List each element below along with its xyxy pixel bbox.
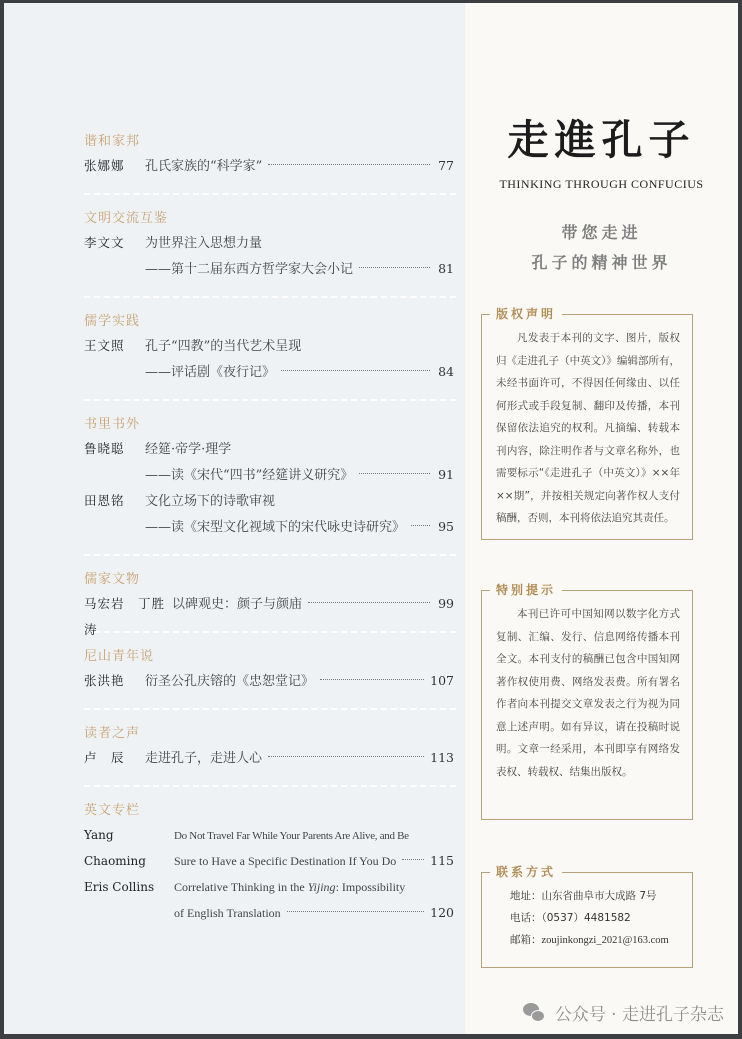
title-italic-part: Yijing [308,880,336,894]
article-title: Do Not Travel Far While Your Parents Are… [174,823,409,849]
section-title: 尼山青年说 [84,646,454,668]
phone-value: （0537）4481582 [542,912,631,924]
author: Eris Collins [84,874,174,900]
page-number: 115 [430,848,454,874]
table-of-contents-panel: 谐和家邦 张娜娜 孔氏家族的“科学家” 77 文明交流互鉴 李文文 为世界注入思… [4,3,465,1034]
toc-entry[interactable]: Yang Chaoming Do Not Travel Far While Yo… [84,822,454,848]
toc-section: 读者之声 卢 辰 走进孔子，走进人心 113 [84,723,454,771]
author: 鲁晓聪 [84,436,145,462]
toc-section: 儒学实践 王文照 孔子“四教”的当代艺术呈现 ——评话剧《夜行记》 84 [84,311,454,385]
toc-section: 英文专栏 Yang Chaoming Do Not Travel Far Whi… [84,800,454,926]
wechat-icon [523,1003,547,1023]
toc-entry-subtitle[interactable]: ——第十二届东西方哲学家大会小记 81 [84,256,454,282]
leader-dots [359,267,430,268]
page-number: 120 [430,900,454,926]
page-number: 113 [430,745,454,771]
toc-entry[interactable]: 卢 辰 走进孔子，走进人心 113 [84,745,454,771]
page-number: 84 [436,359,454,385]
article-title: 文化立场下的诗歌审视 [145,489,275,515]
article-title: 走进孔子，走进人心 [145,746,262,772]
article-title: 孔子“四教”的当代艺术呈现 [145,334,301,360]
table-of-contents: 谐和家邦 张娜娜 孔氏家族的“科学家” 77 文明交流互鉴 李文文 为世界注入思… [84,131,454,926]
toc-entry[interactable]: 王文照 孔子“四教”的当代艺术呈现 [84,333,454,359]
box-label: 联系方式 [490,863,562,880]
author: 田恩铭 [84,488,145,514]
title-part: Correlative Thinking in the [174,880,308,894]
phone-row: 电话：（0537）4481582 [496,907,680,929]
author: 王文照 [84,333,145,359]
page-number: 95 [436,514,454,540]
section-divider [84,708,456,710]
section-title: 英文专栏 [84,800,454,822]
section-title: 书里书外 [84,414,454,436]
article-title: 孔氏家族的“科学家” [145,154,262,180]
leader-dots [359,473,430,474]
page-number: 81 [436,256,454,282]
article-subtitle: ——读《宋代“四书”经筵讲义研究》 [145,463,353,489]
section-divider [84,296,456,298]
author: Yang Chaoming [84,822,174,874]
title-part: : Impossibility [336,880,406,894]
author: 张洪艳 [84,668,145,694]
author: 李文文 [84,230,145,256]
section-divider [84,193,456,195]
section-divider [84,785,456,787]
toc-section: 儒家文物 马宏岩 丁胜涛 以碑观史：颜子与颜庙 99 [84,569,454,617]
section-title: 读者之声 [84,723,454,745]
address-label: 地址： [510,890,542,902]
article-subtitle: ——读《宋型文化视域下的宋代咏史诗研究》 [145,515,405,541]
article-title: 经筵·帝学·理学 [145,437,231,463]
section-title: 儒学实践 [84,311,454,333]
page-number: 107 [430,668,454,694]
toc-entry-subtitle[interactable]: ——读《宋代“四书”经筵讲义研究》 91 [84,462,454,488]
watermark-text: 公众号 · 走进孔子杂志 [555,1000,724,1025]
section-title: 文明交流互鉴 [84,208,454,230]
author: 马宏岩 丁胜涛 [84,591,172,643]
address-value: 山东省曲阜市大成路 7号 [542,890,657,902]
article-title: 衍圣公孔庆镕的《忠恕堂记》 [145,669,314,695]
page-number: 91 [436,462,454,488]
article-subtitle: ——第十二届东西方哲学家大会小记 [145,257,353,283]
phone-label: 电话： [510,912,542,924]
special-notice-box: 特别提示 本刊已许可中国知网以数字化方式复制、汇编、发行、信息网络传播本刊全文。… [481,590,693,820]
toc-entry-subtitle[interactable]: of English Translation 120 [84,900,454,926]
toc-entry[interactable]: Eris Collins Correlative Thinking in the… [84,874,454,900]
email-label: 邮箱： [510,934,542,946]
section-title: 谐和家邦 [84,131,454,153]
toc-entry[interactable]: 马宏岩 丁胜涛 以碑观史：颜子与颜庙 99 [84,591,454,617]
section-divider [84,399,456,401]
toc-section: 尼山青年说 张洪艳 衍圣公孔庆镕的《忠恕堂记》 107 [84,646,454,694]
article-subtitle: of English Translation [174,900,281,926]
leader-dots [281,370,430,371]
toc-entry-subtitle[interactable]: ——读《宋型文化视域下的宋代咏史诗研究》 95 [84,514,454,540]
box-label: 版权声明 [490,305,562,322]
page-number: 77 [436,153,454,179]
section-title: 儒家文物 [84,569,454,591]
slogan: 带您走进 孔子的精神世界 [465,218,738,278]
toc-entry[interactable]: 张洪艳 衍圣公孔庆镕的《忠恕堂记》 107 [84,668,454,694]
magazine-english-title: THINKING THROUGH CONFUCIUS [465,177,738,192]
leader-dots [320,679,424,680]
leader-dots [268,756,424,757]
toc-section: 谐和家邦 张娜娜 孔氏家族的“科学家” 77 [84,131,454,179]
slogan-line: 带您走进 [465,218,738,248]
leader-dots [308,602,430,603]
author: 卢 辰 [84,745,145,771]
toc-section: 文明交流互鉴 李文文 为世界注入思想力量 ——第十二届东西方哲学家大会小记 81 [84,208,454,282]
article-title: 以碑观史：颜子与颜庙 [172,592,302,618]
author: 张娜娜 [84,153,145,179]
page-number: 99 [436,591,454,617]
box-label: 特别提示 [490,581,562,598]
toc-section: 书里书外 鲁晓聪 经筵·帝学·理学 ——读《宋代“四书”经筵讲义研究》 91 田… [84,414,454,540]
article-title: Correlative Thinking in the Yijing: Impo… [174,874,405,900]
magazine-logo: 走進孔子 [465,115,738,165]
article-subtitle: Sure to Have a Specific Destination If Y… [174,848,396,874]
article-subtitle: ——评话剧《夜行记》 [145,360,275,386]
email-value[interactable]: zoujinkongzi_2021@163.com [542,935,669,946]
notice-text: 本刊已许可中国知网以数字化方式复制、汇编、发行、信息网络传播本刊全文。本刊支付的… [496,603,680,783]
address-row: 地址：山东省曲阜市大成路 7号 [496,885,680,907]
email-row: 邮箱：zoujinkongzi_2021@163.com [496,929,680,952]
section-divider [84,554,456,556]
toc-entry[interactable]: 鲁晓聪 经筵·帝学·理学 [84,436,454,462]
toc-entry[interactable]: 田恩铭 文化立场下的诗歌审视 [84,488,454,514]
toc-entry[interactable]: 张娜娜 孔氏家族的“科学家” 77 [84,153,454,179]
slogan-line: 孔子的精神世界 [465,248,738,278]
wechat-watermark: 公众号 · 走进孔子杂志 [523,1000,724,1025]
copyright-text: 凡发表于本刊的文字、图片，版权归《走进孔子（中英文）》编辑部所有，未经书面许可，… [496,327,680,530]
toc-entry-subtitle[interactable]: ——评话剧《夜行记》 84 [84,359,454,385]
leader-dots [268,164,430,165]
brand-block: 走進孔子 THINKING THROUGH CONFUCIUS 带您走进 孔子的… [465,115,738,278]
leader-dots [287,911,424,912]
contact-box: 联系方式 地址：山东省曲阜市大成路 7号 电话：（0537）4481582 邮箱… [481,872,693,968]
copyright-notice-box: 版权声明 凡发表于本刊的文字、图片，版权归《走进孔子（中英文）》编辑部所有，未经… [481,314,693,540]
toc-entry[interactable]: 李文文 为世界注入思想力量 [84,230,454,256]
leader-dots [411,525,430,526]
article-title: 为世界注入思想力量 [145,231,262,257]
leader-dots [402,859,424,860]
